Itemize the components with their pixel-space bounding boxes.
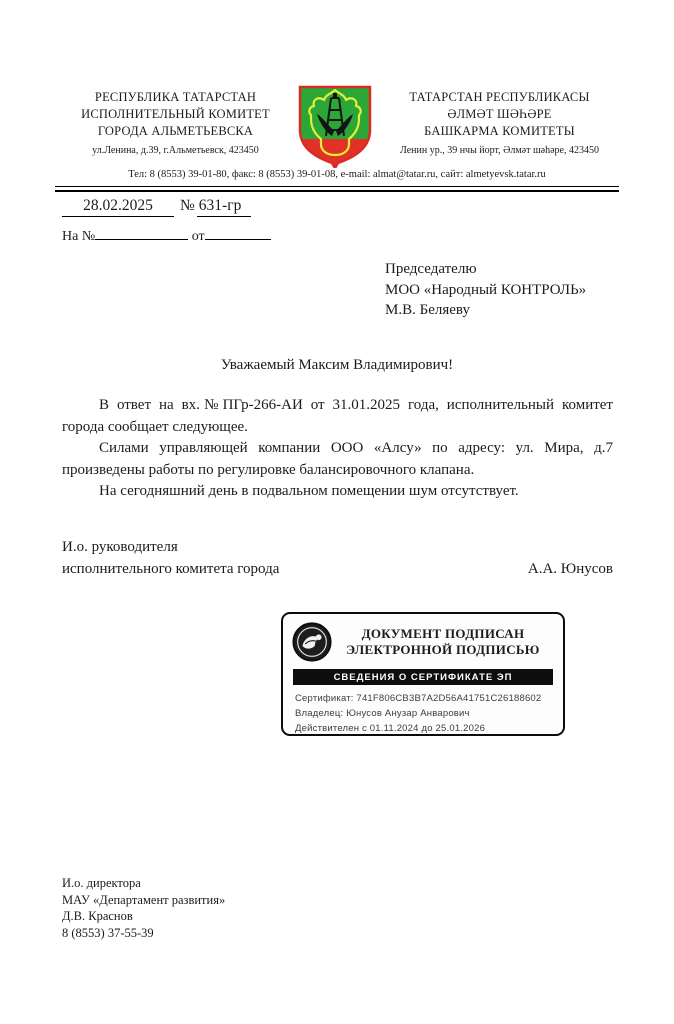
outgoing-reference-row: 28.02.2025№631-гр bbox=[62, 197, 251, 217]
certificate-info-header: СВЕДЕНИЯ О СЕРТИФИКАТЕ ЭП bbox=[293, 669, 553, 685]
contact-line: Тел: 8 (8553) 39-01-80, факс: 8 (8553) 3… bbox=[55, 169, 619, 180]
esignature-stamp: ДОКУМЕНТ ПОДПИСАН ЭЛЕКТРОННОЙ ПОДПИСЬЮ С… bbox=[281, 612, 565, 736]
org-name-line: ГОРОДА АЛЬМЕТЬЕВСКА bbox=[58, 123, 293, 140]
org-address: Ленин ур., 39 нчы йорт, Әлмәт шәһәре, 42… bbox=[381, 144, 618, 157]
org-address: ул.Ленина, д.39, г.Альметьевск, 423450 bbox=[58, 144, 293, 157]
almetyevsk-coat-of-arms-icon bbox=[296, 84, 374, 168]
executor-block: И.о. директора МАУ «Департамент развития… bbox=[62, 875, 225, 941]
recipient-organization: МОО «Народный КОНТРОЛЬ» bbox=[385, 280, 586, 301]
executor-organization: МАУ «Департамент развития» bbox=[62, 892, 225, 909]
certificate-number: Сертификат: 741F806CB3B7A2D56A41751C2618… bbox=[295, 691, 551, 706]
signature-block: И.о. руководителя исполнительного комите… bbox=[62, 536, 613, 580]
body-paragraph: Силами управляющей компании ООО «Алсу» п… bbox=[62, 438, 613, 481]
executor-phone: 8 (8553) 37-55-39 bbox=[62, 925, 225, 942]
letterhead-tatar: ТАТАРСТАН РЕСПУБЛИКАСЫ ӘЛМӘТ ШӘҺӘРЕ БАШК… bbox=[381, 89, 618, 157]
certificate-details: Сертификат: 741F806CB3B7A2D56A41751C2618… bbox=[283, 685, 563, 736]
stamp-title: ДОКУМЕНТ ПОДПИСАН ЭЛЕКТРОННОЙ ПОДПИСЬЮ bbox=[333, 626, 553, 658]
signer-title-line: И.о. руководителя bbox=[62, 536, 613, 558]
reply-date-blank bbox=[205, 225, 271, 240]
signer-title-line: исполнительного комитета города bbox=[62, 558, 279, 580]
org-name-line: ӘЛМӘТ ШӘҺӘРЕ bbox=[381, 106, 618, 123]
certificate-authority-emblem-icon bbox=[291, 621, 333, 663]
outgoing-number: 631-гр bbox=[197, 197, 252, 217]
org-name-line: ТАТАРСТАН РЕСПУБЛИКАСЫ bbox=[381, 89, 618, 106]
reply-number-blank bbox=[95, 225, 188, 240]
letterhead-russian: РЕСПУБЛИКА ТАТАРСТАН ИСПОЛНИТЕЛЬНЫЙ КОМИ… bbox=[58, 89, 293, 157]
org-name-line: БАШКАРМА КОМИТЕТЫ bbox=[381, 123, 618, 140]
certificate-owner: Владелец: Юнусов Анузар Анварович bbox=[295, 706, 551, 721]
recipient-name: М.В. Беляеву bbox=[385, 300, 586, 321]
signer-name: А.А. Юнусов bbox=[528, 558, 613, 580]
executor-position: И.о. директора bbox=[62, 875, 225, 892]
reply-from-label: от bbox=[192, 229, 205, 244]
body-paragraph: В ответ на вх.№ПГр-266-АИ от 31.01.2025 … bbox=[62, 395, 613, 438]
letter-page: РЕСПУБЛИКА ТАТАРСТАН ИСПОЛНИТЕЛЬНЫЙ КОМИ… bbox=[0, 0, 674, 1024]
reply-reference-row: На № от bbox=[62, 225, 271, 245]
reply-prefix: На № bbox=[62, 229, 95, 244]
body-paragraph: На сегодняшний день в подвальном помещен… bbox=[62, 481, 613, 503]
recipient-position: Председателю bbox=[385, 259, 586, 280]
salutation: Уважаемый Максим Владимирович! bbox=[55, 357, 619, 374]
org-name-line: ИСПОЛНИТЕЛЬНЫЙ КОМИТЕТ bbox=[58, 106, 293, 123]
stamp-title-line: ЭЛЕКТРОННОЙ ПОДПИСЬЮ bbox=[333, 642, 553, 658]
org-name-line: РЕСПУБЛИКА ТАТАРСТАН bbox=[58, 89, 293, 106]
certificate-validity: Действителен с 01.11.2024 до 25.01.2026 bbox=[295, 721, 551, 736]
recipient-block: Председателю МОО «Народный КОНТРОЛЬ» М.В… bbox=[385, 259, 586, 321]
letterhead-divider bbox=[55, 186, 619, 192]
number-sign: № bbox=[180, 197, 195, 214]
outgoing-date: 28.02.2025 bbox=[62, 197, 174, 217]
executor-name: Д.В. Краснов bbox=[62, 908, 225, 925]
stamp-title-line: ДОКУМЕНТ ПОДПИСАН bbox=[333, 626, 553, 642]
letter-body: В ответ на вх.№ПГр-266-АИ от 31.01.2025 … bbox=[62, 395, 613, 503]
